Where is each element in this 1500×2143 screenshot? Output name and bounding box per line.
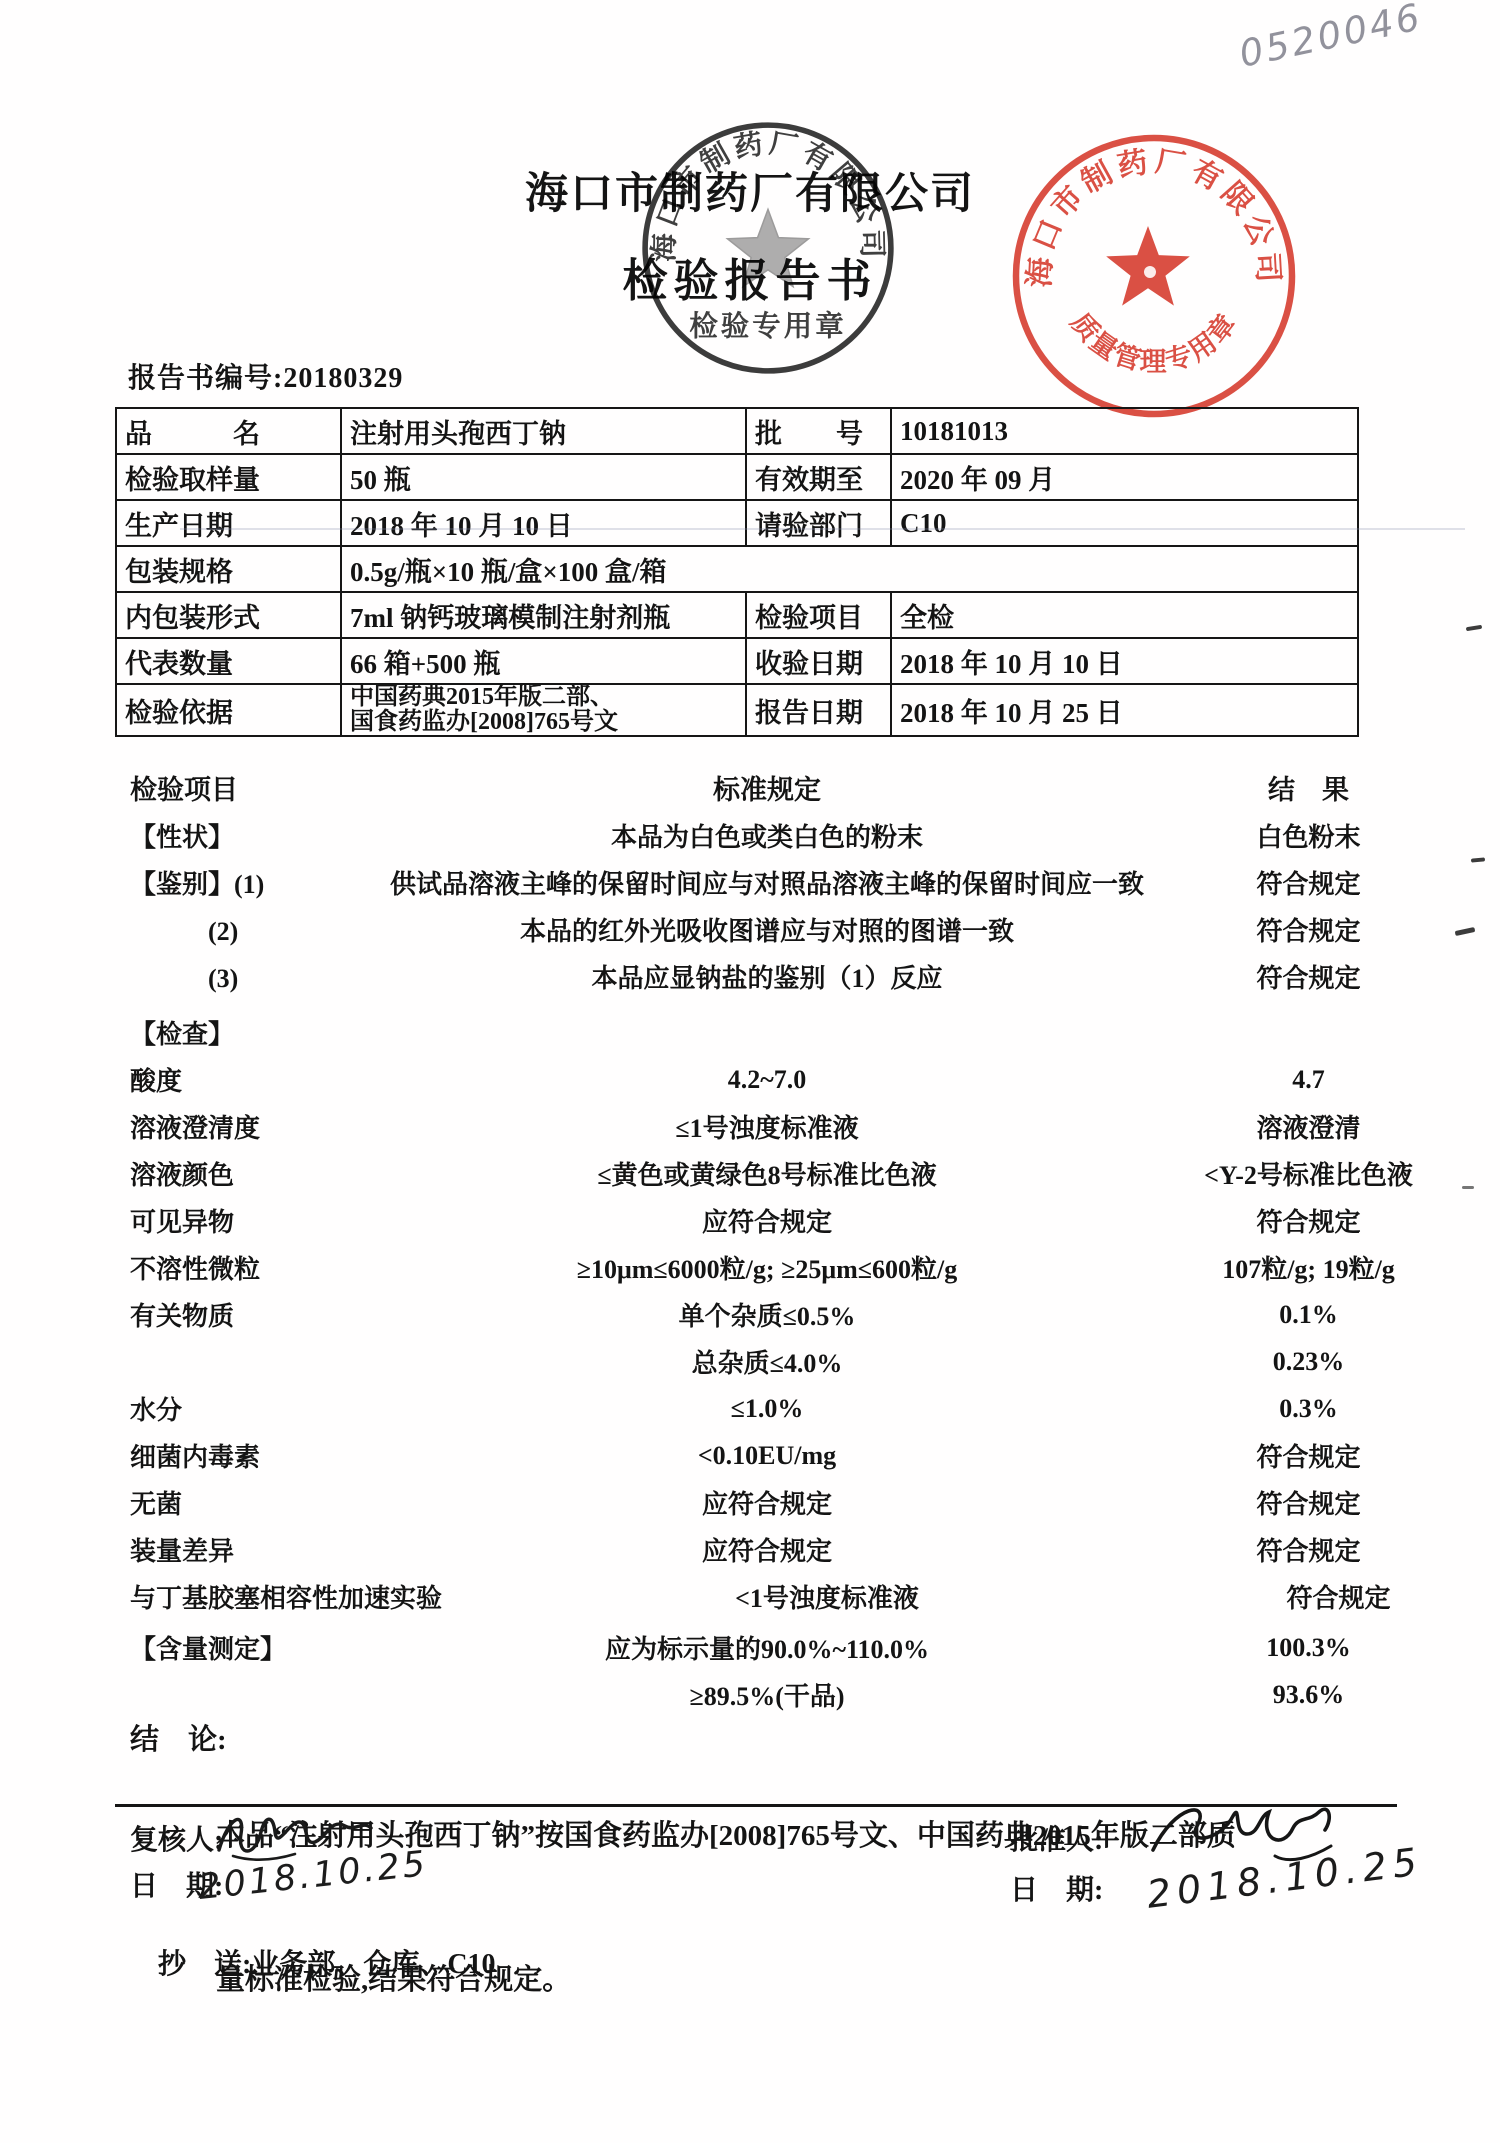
- result-value: 符合规定: [1212, 1578, 1465, 1615]
- result-value: 93.6%: [1152, 1680, 1465, 1710]
- cc-label: 抄 送:: [158, 1949, 251, 1980]
- result-standard: 应为标示量的90.0%~110.0%: [382, 1629, 1152, 1666]
- info-label: 包装规格: [116, 546, 341, 592]
- conclusion-label: 结 论:: [130, 1716, 227, 1764]
- result-standard: ≤1号浊度标准液: [382, 1108, 1152, 1145]
- scan-artifact: [1466, 625, 1482, 631]
- info-value2: 2020 年 09 月: [891, 454, 1358, 500]
- info-value: 7ml 钠钙玻璃模制注射剂瓶: [341, 592, 746, 638]
- result-item: 可见异物: [100, 1202, 382, 1239]
- info-table-row: 品 名 注射用头孢西丁钠 批 号 10181013: [116, 408, 1358, 454]
- result-row: 不溶性微粒 ≥10μm≤6000粒/g; ≥25μm≤600粒/g 107粒/g…: [100, 1244, 1465, 1291]
- info-table-row: 检验依据 中国药典2015年版二部、 国食药监办[2008]765号文 报告日期…: [116, 684, 1358, 736]
- info-label: 内包装形式: [116, 592, 341, 638]
- result-row: 【检查】: [100, 1009, 1465, 1056]
- stamp-bottom-text: 检验专用章: [689, 309, 846, 342]
- result-value: 107粒/g; 19粒/g: [1152, 1249, 1465, 1286]
- result-row: 【性状】 本品为白色或类白色的粉末 白色粉末: [100, 812, 1465, 859]
- result-row: 溶液颜色 ≤黄色或黄绿色8号标准比色液 <Y-2号标准比色液: [100, 1150, 1465, 1197]
- result-standard: ≤1.0%: [382, 1394, 1152, 1424]
- svg-text:质量管理专用章: 质量管理专用章: [1065, 307, 1243, 377]
- result-item: 【检查】: [100, 1014, 382, 1051]
- result-row: 溶液澄清度 ≤1号浊度标准液 溶液澄清: [100, 1103, 1465, 1150]
- result-standard: 应符合规定: [382, 1484, 1152, 1521]
- result-standard: 本品为白色或类白色的粉末: [382, 817, 1152, 854]
- result-row: 总杂质≤4.0% 0.23%: [100, 1338, 1465, 1385]
- result-value: 白色粉末: [1152, 817, 1465, 854]
- result-row: 【鉴别】(1) 供试品溶液主峰的保留时间应与对照品溶液主峰的保留时间应一致 符合…: [100, 859, 1465, 906]
- approver-date-label: 日 期:: [1010, 1868, 1103, 1908]
- result-standard: 4.2~7.0: [382, 1065, 1152, 1095]
- inspection-stamp: 海口市制药厂有限公司 检验专用章: [638, 118, 898, 378]
- result-row: 可见异物 应符合规定 符合规定: [100, 1197, 1465, 1244]
- info-table-row: 检验取样量 50 瓶 有效期至 2020 年 09 月: [116, 454, 1358, 500]
- report-number: 报告书编号:20180329: [128, 356, 403, 396]
- result-value: 符合规定: [1152, 1437, 1465, 1474]
- result-row: ≥89.5%(干品) 93.6%: [100, 1671, 1465, 1718]
- handwritten-code: 0520046: [1236, 0, 1427, 76]
- star-icon: [1106, 226, 1190, 306]
- result-item: 有关物质: [100, 1296, 382, 1333]
- info-label2: 批 号: [746, 408, 891, 454]
- result-item: 酸度: [100, 1061, 382, 1098]
- result-item: 不溶性微粒: [100, 1249, 382, 1286]
- info-table: 品 名 注射用头孢西丁钠 批 号 10181013 检验取样量 50 瓶 有效期…: [115, 407, 1359, 737]
- result-item: 与丁基胶塞相容性加速实验: [100, 1578, 442, 1615]
- result-standard: 总杂质≤4.0%: [382, 1343, 1152, 1380]
- info-value2: 2018 年 10 月 10 日: [891, 638, 1358, 684]
- result-item: 无菌: [100, 1484, 382, 1521]
- result-value: 符合规定: [1152, 1531, 1465, 1568]
- info-value: 66 箱+500 瓶: [341, 638, 746, 684]
- result-item: 溶液澄清度: [100, 1108, 382, 1145]
- result-standard: 本品的红外光吸收图谱应与对照的图谱一致: [382, 911, 1152, 948]
- cc-line: 抄 送:业务部、仓库、C10: [130, 1910, 496, 2014]
- result-item: 【含量测定】: [100, 1629, 382, 1666]
- result-row: (3) 本品应显钠盐的鉴别（1）反应 符合规定: [100, 953, 1465, 1000]
- result-standard: ≤黄色或黄绿色8号标准比色液: [382, 1155, 1152, 1192]
- result-item: 水分: [100, 1390, 382, 1427]
- result-value: 符合规定: [1152, 958, 1465, 995]
- stamp-bottom-text: 质量管理专用章: [1065, 307, 1243, 377]
- result-standard: ≥10μm≤6000粒/g; ≥25μm≤600粒/g: [382, 1249, 1152, 1286]
- scan-artifact: [1462, 1186, 1474, 1189]
- result-row: 无菌 应符合规定 符合规定: [100, 1479, 1465, 1526]
- result-value: 溶液澄清: [1152, 1108, 1465, 1145]
- results-header-item: 检验项目: [100, 768, 382, 807]
- info-value2: 10181013: [891, 408, 1358, 454]
- conclusion-text: 本品“注射用头孢西丁钠”按国食药监办[2008]765号文、中国药典2015年版…: [216, 1716, 1426, 2100]
- result-standard: 应符合规定: [382, 1531, 1152, 1568]
- info-table-row: 内包装形式 7ml 钠钙玻璃模制注射剂瓶 检验项目 全检: [116, 592, 1358, 638]
- info-value: 0.5g/瓶×10 瓶/盒×100 盒/箱: [341, 546, 1358, 592]
- approver-label: 批准人:: [1010, 1818, 1103, 1858]
- info-label: 检验依据: [116, 684, 341, 736]
- result-standard: 本品应显钠盐的鉴别（1）反应: [382, 958, 1152, 995]
- info-label2: 请验部门: [746, 500, 891, 546]
- info-label2: 报告日期: [746, 684, 891, 736]
- result-item: 【鉴别】(1): [100, 864, 382, 901]
- info-label: 生产日期: [116, 500, 341, 546]
- result-standard: <1号浊度标准液: [442, 1578, 1212, 1615]
- result-item: 【性状】: [100, 817, 382, 854]
- star-icon: [727, 209, 808, 286]
- info-label2: 检验项目: [746, 592, 891, 638]
- report-number-label: 报告书编号:: [128, 363, 283, 394]
- report-number-value: 20180329: [283, 363, 403, 394]
- result-item: (3): [100, 958, 382, 995]
- scan-fold-line: [180, 528, 1465, 530]
- result-row: 酸度 4.2~7.0 4.7: [100, 1056, 1465, 1103]
- info-label2: 收验日期: [746, 638, 891, 684]
- result-standard: 单个杂质≤0.5%: [382, 1296, 1152, 1333]
- info-table-row: 代表数量 66 箱+500 瓶 收验日期 2018 年 10 月 10 日: [116, 638, 1358, 684]
- result-value: 符合规定: [1152, 864, 1465, 901]
- result-item: 装量差异: [100, 1531, 382, 1568]
- result-standard: ≥89.5%(干品): [382, 1676, 1152, 1713]
- result-value: 符合规定: [1152, 911, 1465, 948]
- result-standard: 应符合规定: [382, 1202, 1152, 1239]
- results-header-result: 结 果: [1152, 768, 1465, 807]
- result-value: <Y-2号标准比色液: [1152, 1155, 1465, 1192]
- info-table-row: 包装规格 0.5g/瓶×10 瓶/盒×100 盒/箱: [116, 546, 1358, 592]
- result-item: (2): [100, 911, 382, 948]
- result-value: 符合规定: [1152, 1202, 1465, 1239]
- results-header-standard: 标准规定: [382, 768, 1152, 807]
- result-value: 100.3%: [1152, 1633, 1465, 1663]
- result-value: 符合规定: [1152, 1484, 1465, 1521]
- info-value: 2018 年 10 月 10 日: [341, 500, 746, 546]
- result-item: 细菌内毒素: [100, 1437, 382, 1474]
- info-value2: C10: [891, 500, 1358, 546]
- info-label: 代表数量: [116, 638, 341, 684]
- info-value2: 2018 年 10 月 25 日: [891, 684, 1358, 736]
- info-value: 50 瓶: [341, 454, 746, 500]
- result-row: 【含量测定】 应为标示量的90.0%~110.0% 100.3%: [100, 1624, 1465, 1671]
- result-value: 0.23%: [1152, 1347, 1465, 1377]
- result-row: (2) 本品的红外光吸收图谱应与对照的图谱一致 符合规定: [100, 906, 1465, 953]
- result-row: 与丁基胶塞相容性加速实验 <1号浊度标准液 符合规定: [100, 1573, 1465, 1620]
- scan-artifact: [1471, 857, 1485, 862]
- info-value2: 全检: [891, 592, 1358, 638]
- result-row: 装量差异 应符合规定 符合规定: [100, 1526, 1465, 1573]
- results-header: 检验项目 标准规定 结 果: [100, 763, 1465, 812]
- result-standard: <0.10EU/mg: [382, 1441, 1152, 1471]
- info-label: 检验取样量: [116, 454, 341, 500]
- info-value: 中国药典2015年版二部、 国食药监办[2008]765号文: [341, 684, 746, 736]
- result-row: 细菌内毒素 <0.10EU/mg 符合规定: [100, 1432, 1465, 1479]
- cc-value: 业务部、仓库、C10: [251, 1949, 495, 1980]
- result-value: 4.7: [1152, 1065, 1465, 1095]
- result-row: 有关物质 单个杂质≤0.5% 0.1%: [100, 1291, 1465, 1338]
- info-value: 注射用头孢西丁钠: [341, 408, 746, 454]
- quality-stamp: 海口市制药厂有限公司 质量管理专用章: [1008, 130, 1300, 422]
- result-standard: 供试品溶液主峰的保留时间应与对照品溶液主峰的保留时间应一致: [382, 864, 1152, 901]
- results-table: 检验项目 标准规定 结 果 【性状】 本品为白色或类白色的粉末 白色粉末 【鉴别…: [100, 763, 1465, 1718]
- inspection-report-page: 0520046 海口市制药厂有限公司 检验报告书 海口市制药厂有限公司 检验专用…: [0, 0, 1500, 2143]
- result-row: 水分 ≤1.0% 0.3%: [100, 1385, 1465, 1432]
- result-item: 溶液颜色: [100, 1155, 382, 1192]
- info-label2: 有效期至: [746, 454, 891, 500]
- info-label: 品 名: [116, 408, 341, 454]
- info-table-row: 生产日期 2018 年 10 月 10 日 请验部门 C10: [116, 500, 1358, 546]
- result-value: 0.3%: [1152, 1394, 1465, 1424]
- result-value: 0.1%: [1152, 1300, 1465, 1330]
